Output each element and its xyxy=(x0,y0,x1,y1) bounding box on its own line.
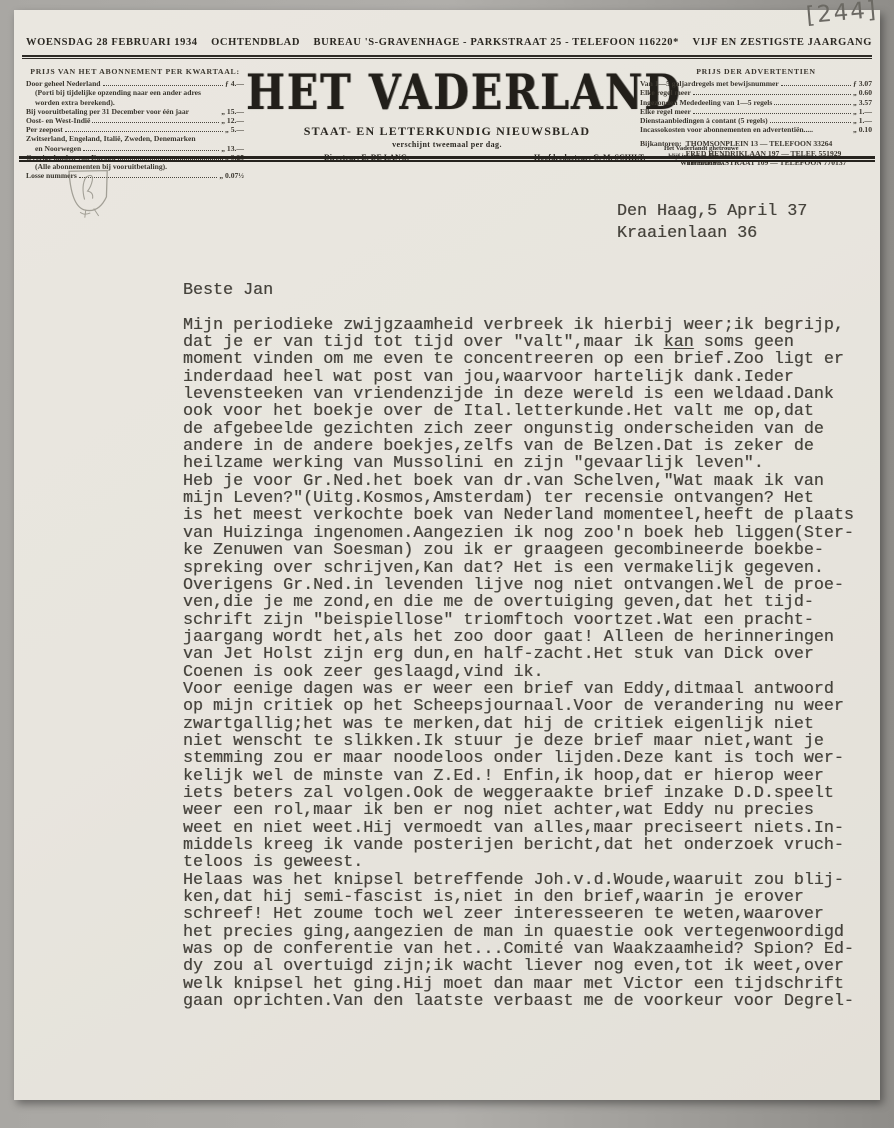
branch-office-lines: THOMSONPLEIN 13 — TELEFOON 33264FRED HEN… xyxy=(686,139,847,167)
divider-rule-top xyxy=(22,55,872,59)
newspaper-frequency: verschijnt tweemaal per dag. xyxy=(246,140,648,149)
letter-line: Beste Jan xyxy=(183,282,877,299)
letter-line: teloos is geweest. xyxy=(183,854,877,871)
price-row: en Noorwegen„ 13.— xyxy=(26,144,244,153)
price-row: Oost- en West-Indië„ 12.— xyxy=(26,116,244,125)
letter-line: andere in de andere boekjes,zelfs van de… xyxy=(183,438,877,455)
letter-line: Helaas was het knipsel betreffende Joh.v… xyxy=(183,872,877,889)
price-row: Van 1—5 galjardregels met bewijsnummerƒ … xyxy=(640,79,872,88)
letter-line: ke Zenuwen van Soesman) zou ik er graage… xyxy=(183,542,877,559)
newspaper-subtitle: STAAT- EN LETTERKUNDIG NIEUWSBLAD xyxy=(246,124,648,139)
newspaper-title: HET VADERLAND xyxy=(246,64,648,121)
letter-line: dy zou al overtuigd zijn;ik wacht liever… xyxy=(183,958,877,975)
letter-line: Coenen is ook zeer geslaagd,vind ik. xyxy=(183,664,877,681)
masthead-date: WOENSDAG 28 FEBRUARI 1934 xyxy=(26,37,198,48)
price-row: Incassokosten voor abonnementen en adver… xyxy=(640,125,872,134)
branch-offices: Bijkantoren: THOMSONPLEIN 13 — TELEFOON … xyxy=(640,139,872,167)
price-row: Elke regel meer„ 0.60 xyxy=(640,88,872,97)
letter-line: welk knipsel het ging.Hij moet dan maar … xyxy=(183,976,877,993)
letter-line: zwartgallig;het was te merken,dat hij de… xyxy=(183,716,877,733)
price-row: Zwitserland, Engeland, Italië, Zweden, D… xyxy=(26,134,244,143)
letter-body: Beste Jan Mijn periodieke zwijgzaamheid … xyxy=(183,282,877,1010)
stork-shield-stamp-icon xyxy=(54,159,123,229)
letter-line: heilzame werking van Mussolini en zijn "… xyxy=(183,455,877,472)
letter-line: ken,dat hij semi-fascist is,niet in den … xyxy=(183,889,877,906)
letter-line: schreef! Het zoume toch wel zeer interes… xyxy=(183,906,877,923)
letter-line: spreking over schrijven,Kan dat? Het is … xyxy=(183,560,877,577)
date-address-block: Den Haag,5 April 37 Kraaienlaan 36 xyxy=(617,201,807,245)
letter-line: mijn Leven?"(Uitg.Kosmos,Amsterdam) ter … xyxy=(183,490,877,507)
letter-paper: WOENSDAG 28 FEBRUARI 1934 OCHTENDBLAD BU… xyxy=(14,10,880,1100)
letter-line: stemming zou er maar noodeloos onder lij… xyxy=(183,750,877,767)
masthead-center: HET VADERLAND STAAT- EN LETTERKUNDIG NIE… xyxy=(246,64,648,156)
letter-line: weer een rol,maar ik ben er nog niet ach… xyxy=(183,802,877,819)
masthead-topline: WOENSDAG 28 FEBRUARI 1934 OCHTENDBLAD BU… xyxy=(26,37,872,48)
letter-line: Heb je voor Gr.Ned.het boek van dr.van S… xyxy=(183,473,877,490)
branch-offices-label: Bijkantoren: xyxy=(640,139,682,167)
price-row: Dienstaanbiedingen à contant (5 regels)„… xyxy=(640,116,872,125)
place-date: Den Haag,5 April 37 xyxy=(617,202,807,221)
letter-line: het precies ging,aangezien de man in qua… xyxy=(183,924,877,941)
letter-line: was op de conferentie van het...Comité v… xyxy=(183,941,877,958)
letter-line: schrift zijn "beispiellose" triomftoch v… xyxy=(183,612,877,629)
letter-line: jaargang wordt het,als het zoo door gaat… xyxy=(183,629,877,646)
letter-line: is het meest verkochte boek van Nederlan… xyxy=(183,507,877,524)
letter-line: middels kreeg ik vande posterijen berich… xyxy=(183,837,877,854)
advertising-rows: Van 1—5 galjardregels met bewijsnummerƒ … xyxy=(640,79,872,134)
advertising-price-box: PRIJS DER ADVERTENTIEN Van 1—5 galjardre… xyxy=(640,67,872,167)
subscription-rows: Door geheel Nederlandƒ 4.—(Porti bij tij… xyxy=(26,79,244,180)
masthead-volume: VIJF EN ZESTIGSTE JAARGANG xyxy=(693,37,872,48)
price-row: (Porti bij tijdelijke opzending naar een… xyxy=(26,88,244,97)
letter-line: niet wenscht te slikken.Ik stuur je deze… xyxy=(183,733,877,750)
letter-line: ven,die je me zond,en die me de overtuig… xyxy=(183,594,877,611)
subscription-title: PRIJS VAN HET ABONNEMENT PER KWARTAAL: xyxy=(26,67,244,76)
branch-office: THOMSONPLEIN 13 — TELEFOON 33264 xyxy=(686,139,847,148)
advertising-title: PRIJS DER ADVERTENTIEN xyxy=(640,67,872,76)
masthead-edition: OCHTENDBLAD xyxy=(211,37,300,48)
letter-line: levensteeken van vriendenzijde in deze w… xyxy=(183,386,877,403)
letter-line: dat je er van tijd tot tijd over "valt",… xyxy=(183,334,877,351)
letter-line: de afgebeelde gezichten zich zeer onguns… xyxy=(183,421,877,438)
price-row: Per zeepost„ 5.— xyxy=(26,125,244,134)
letter-line: inderdaad heel wat post van jou,waarvoor… xyxy=(183,369,877,386)
letter-line: Voor eenige dagen was er weer een brief … xyxy=(183,681,877,698)
divider-rule-bottom xyxy=(19,156,875,162)
subscription-price-box: PRIJS VAN HET ABONNEMENT PER KWARTAAL: D… xyxy=(26,67,244,180)
letter-line: weet en niet weet.Hij vermoedt van alles… xyxy=(183,820,877,837)
letter-line: Mijn periodieke zwijgzaamheid verbreek i… xyxy=(183,317,877,334)
price-row: Door geheel Nederlandƒ 4.— xyxy=(26,79,244,88)
letter-line xyxy=(183,299,877,316)
letter-line: ook voor het boekje over de Ital.letterk… xyxy=(183,403,877,420)
price-row: Ingezonden Mededeeling van 1—5 regels„ 3… xyxy=(640,98,872,107)
letter-line: gaan oprichten.Van den laatste verbaast … xyxy=(183,993,877,1010)
letter-line: op mijn critiek op het Scheepsjournaal.V… xyxy=(183,698,877,715)
letter-line: iets beters zal volgen.Ook de weggeraakt… xyxy=(183,785,877,802)
letter-line: van Jet Holst zijn erg dun,en half-zacht… xyxy=(183,646,877,663)
price-row: Elke regel meer„ 1.— xyxy=(640,107,872,116)
letter-line: Overigens Gr.Ned.in levenden lijve nog n… xyxy=(183,577,877,594)
price-row: worden extra berekend). xyxy=(26,98,244,107)
letter-line: moment vinden om me even te concentreere… xyxy=(183,351,877,368)
letter-line: van Huizinga ingenomen.Aangezien ik nog … xyxy=(183,525,877,542)
masthead-bureau: BUREAU 'S-GRAVENHAGE - PARKSTRAAT 25 - T… xyxy=(314,37,679,48)
price-row: Bij vooruitbetaling per 31 December voor… xyxy=(26,107,244,116)
letter-line: kelijk wel de minste van Z.Ed.! Enfin,ik… xyxy=(183,768,877,785)
sender-address: Kraaienlaan 36 xyxy=(617,224,757,243)
